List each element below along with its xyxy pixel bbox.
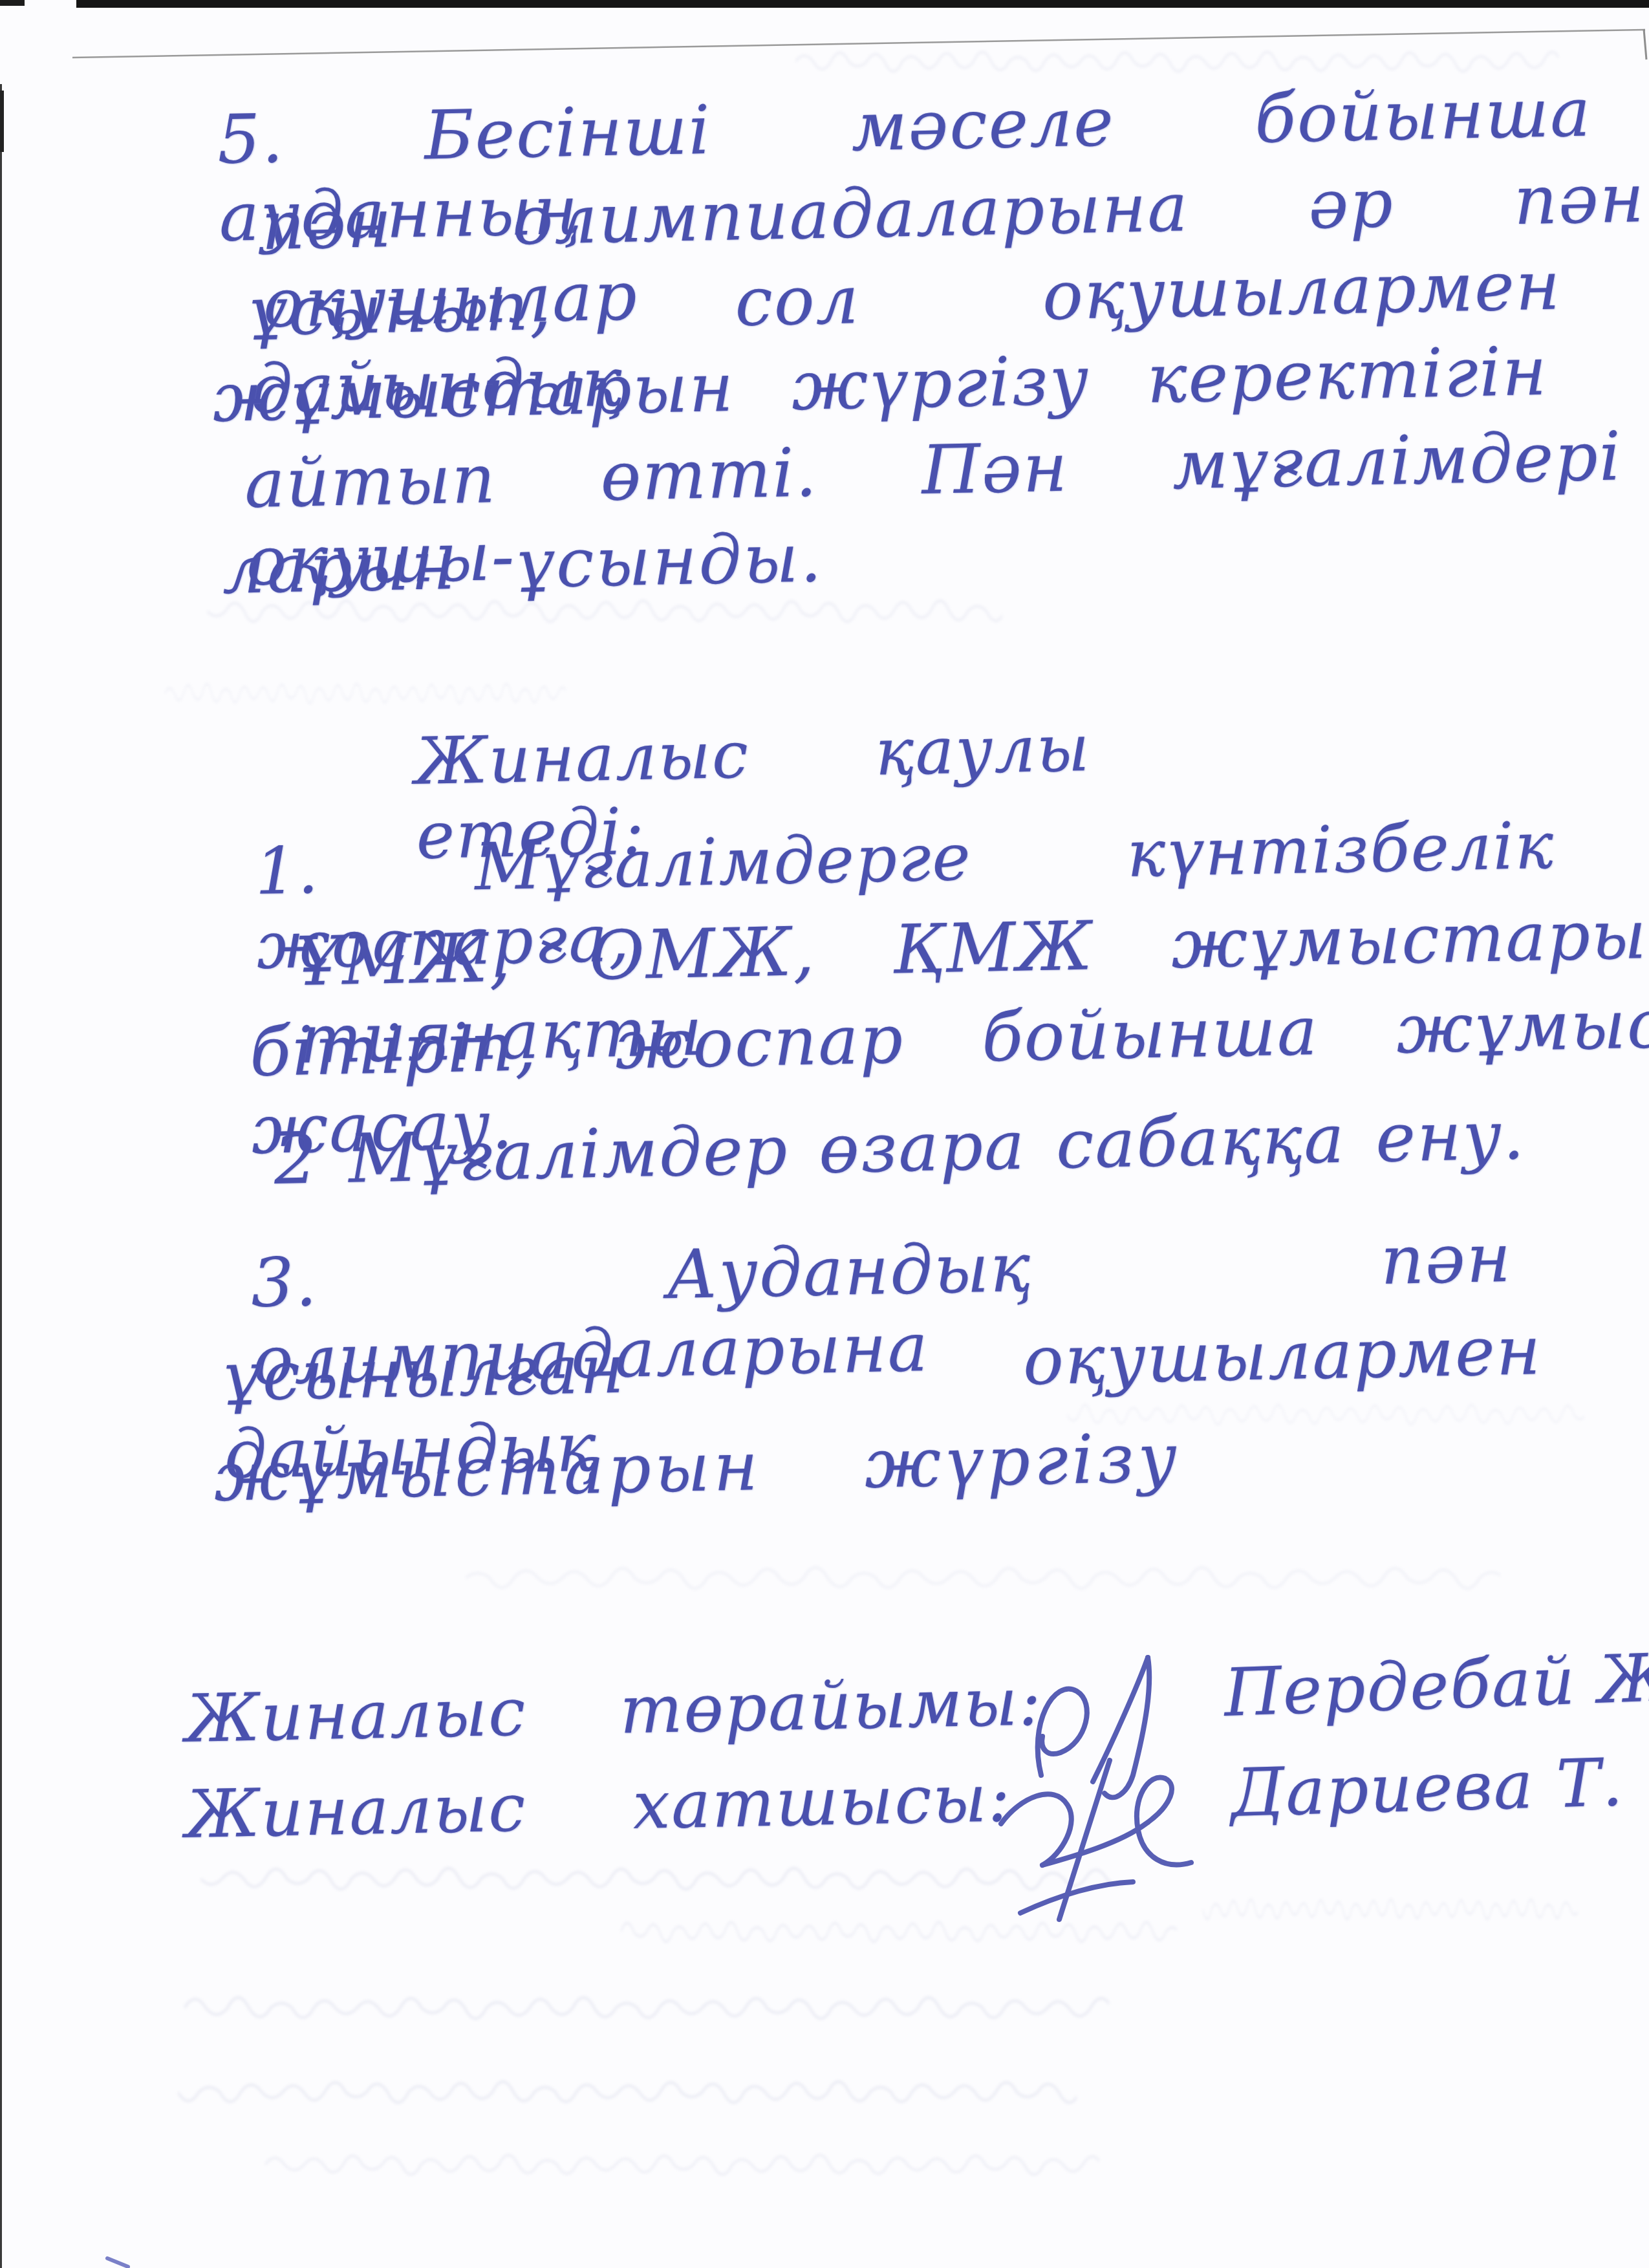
- bleed-through-band: [184, 1982, 1109, 2031]
- bleed-through-band: [178, 2066, 1077, 2115]
- scanner-edge-left: [0, 84, 2, 2268]
- scanner-edge-left-dark: [0, 91, 4, 152]
- bleed-through-band: [1203, 1885, 1578, 1930]
- scanned-handwritten-page: 5. Бесінші мәселе бойынша ауданның пән о…: [0, 0, 1649, 2268]
- signature-scribble-chairwoman: [1038, 1658, 1150, 1797]
- stray-ink-mark: [107, 2258, 128, 2267]
- signature-name-secretary: Дариева Т.: [1230, 1745, 1625, 1831]
- scanner-edge-top-left: [0, 0, 25, 6]
- bleed-through-band: [200, 1853, 1125, 1901]
- handwritten-line: ларын ұсынды.: [222, 519, 824, 609]
- paper-edge-corner: [1644, 29, 1646, 59]
- signature-role-secretary: Жиналыс хатшысы:: [185, 1760, 1012, 1853]
- signature-role-chairwoman: Жиналыс төрайымы:: [185, 1664, 1043, 1757]
- bleed-through-band: [466, 1552, 1500, 1601]
- scanner-edge-top: [76, 0, 1649, 8]
- bleed-through-band: [621, 1908, 1177, 1953]
- signature-name-chairwoman: Пердебай Ж.: [1223, 1639, 1649, 1732]
- bleed-through-band: [265, 2141, 1099, 2186]
- bleed-through-band: [165, 669, 566, 715]
